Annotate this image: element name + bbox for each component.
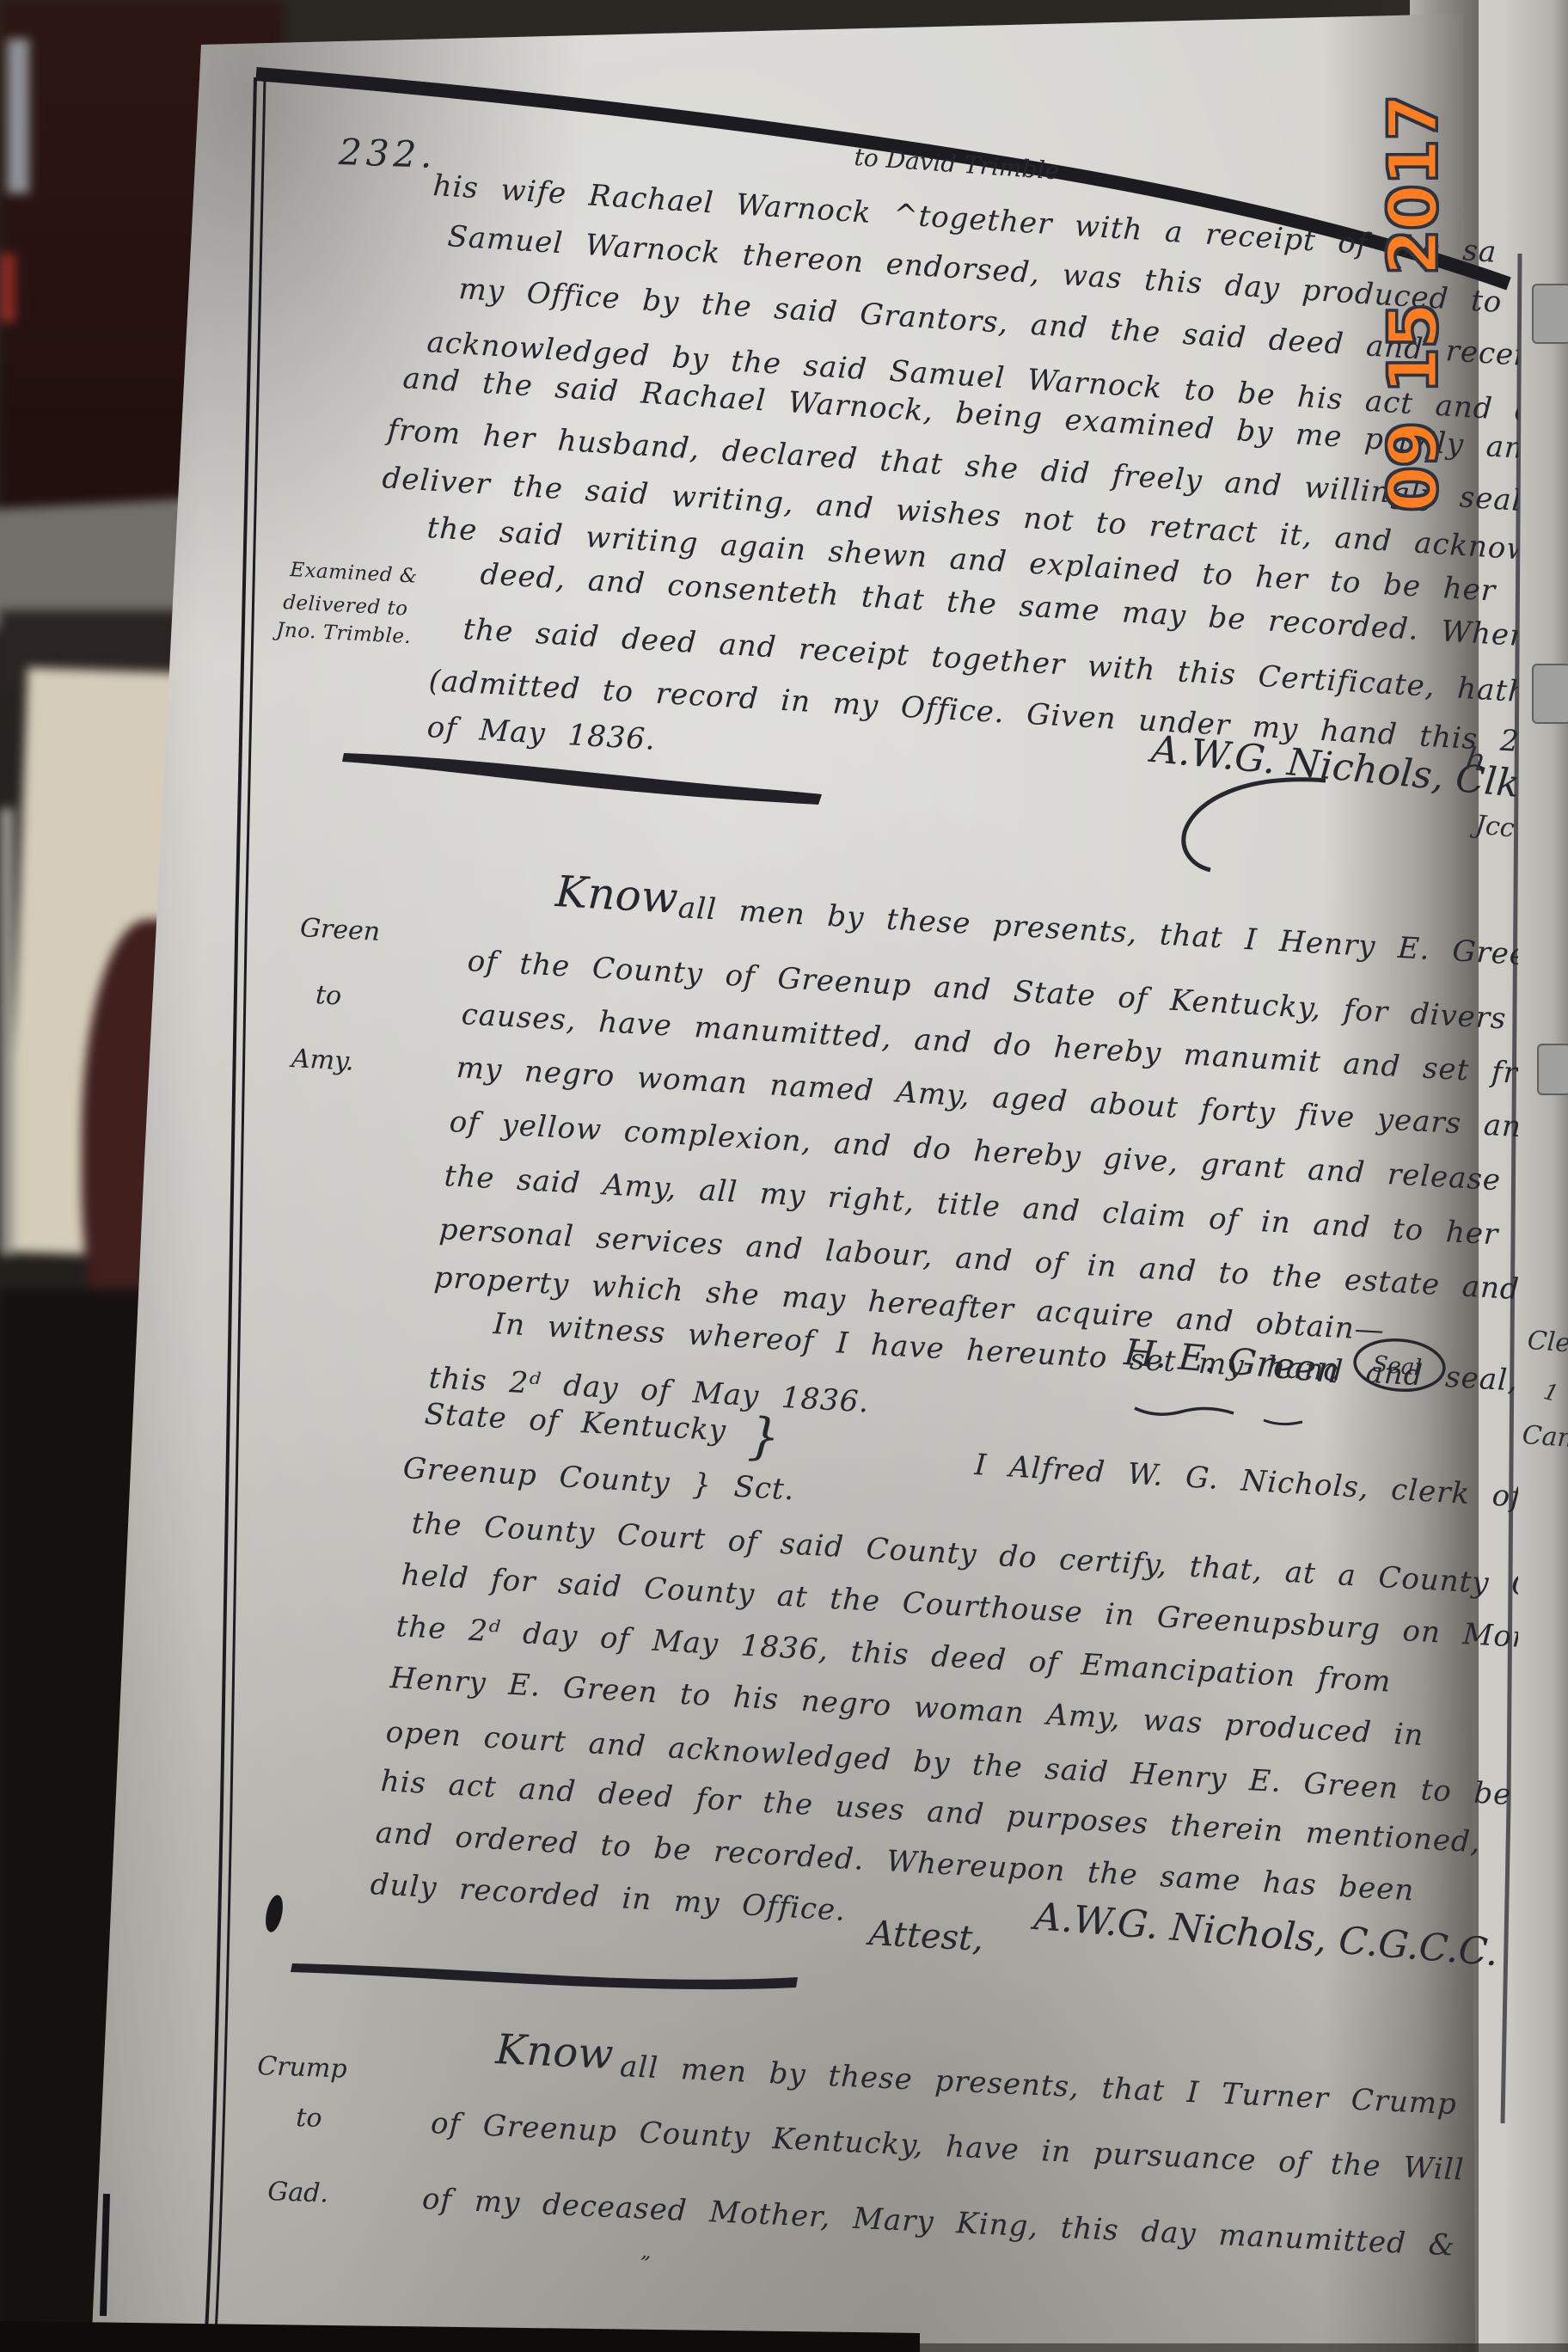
manuscript-line: duly recorded in my Office. bbox=[370, 1867, 847, 1928]
manuscript-line: all men by these presents, that I Turner… bbox=[619, 2049, 1457, 2122]
page-clip-middle bbox=[1532, 664, 1568, 724]
page-number: 232. bbox=[338, 131, 437, 176]
camera-timestamp: 09 15 2017 bbox=[1381, 96, 1448, 513]
margin-note: Jno. Trimble. bbox=[276, 619, 412, 648]
margin-note: to bbox=[296, 2103, 322, 2134]
margin-note: Amy. bbox=[291, 1044, 354, 1077]
manuscript-line: Greenup County } Sct. bbox=[402, 1451, 796, 1507]
next-page-text-fragment: Can bbox=[1522, 1420, 1568, 1454]
page-clip-top bbox=[1532, 284, 1568, 344]
opening-word: Know bbox=[554, 867, 679, 923]
brace-glyph: } bbox=[746, 1406, 781, 1467]
photo-of-record-book: 232. to David Trimble his wife Rachael W… bbox=[0, 0, 1568, 2352]
manuscript-line: of my deceased Mother, Mary King, this d… bbox=[421, 2182, 1456, 2263]
seal-label: Seal bbox=[1371, 1351, 1422, 1381]
margin-note: Gad. bbox=[267, 2177, 329, 2208]
manuscript-line: I Alfred W. G. Nichols, clerk of bbox=[974, 1448, 1523, 1515]
manuscript-line: of Greenup County Kentucky, have in purs… bbox=[430, 2106, 1465, 2188]
margin-note: delivered to bbox=[283, 591, 409, 621]
opening-word: Know bbox=[494, 2025, 614, 2079]
margin-note: Crump bbox=[257, 2051, 347, 2085]
manuscript-line: of May 1836. bbox=[426, 710, 657, 757]
attest-signature: A.W.G. Nichols, C.G.C.C. bbox=[1032, 1895, 1500, 1975]
manuscript-text: 232. to David Trimble his wife Rachael W… bbox=[0, 0, 1568, 2352]
interline-note: to David Trimble bbox=[854, 143, 1060, 186]
margin-note: Examined & bbox=[290, 559, 419, 588]
manuscript-line: all men by these presents, that I Henry … bbox=[677, 891, 1548, 973]
margin-note: to bbox=[315, 980, 342, 1012]
page-clip-bottom bbox=[1537, 1044, 1568, 1095]
margin-note: Green bbox=[299, 913, 381, 947]
attest-label: Attest, bbox=[868, 1914, 985, 1959]
next-page-text-fragment: Cle bbox=[1527, 1326, 1568, 1358]
gutter-text-fragment: Jcc bbox=[1473, 810, 1516, 844]
pen-mark: „ bbox=[640, 2240, 653, 2263]
